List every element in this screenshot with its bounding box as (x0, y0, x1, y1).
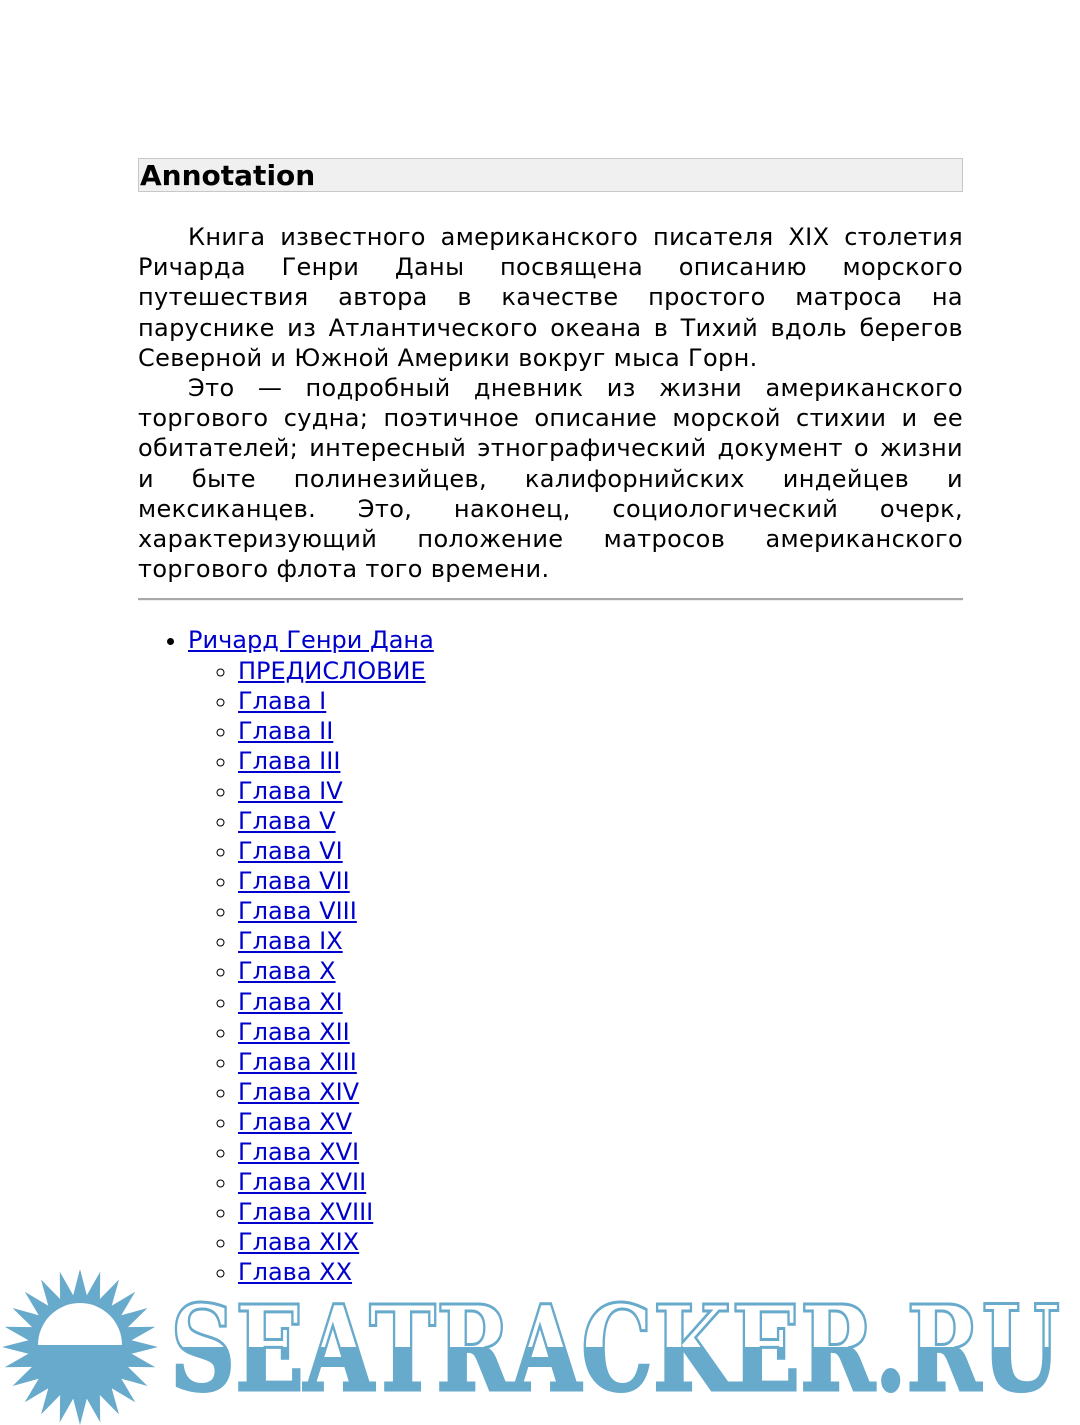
toc-chapter-link[interactable]: Глава XIII (238, 1048, 357, 1076)
toc-chapter-link[interactable]: Глава IV (238, 777, 343, 805)
toc-link-author[interactable]: Ричард Генри Дана (188, 626, 434, 654)
toc-chapter-link[interactable]: ПРЕДИСЛОВИЕ (238, 657, 426, 685)
toc-chapter-item: Глава V (238, 806, 963, 836)
toc-chapter-item: Глава XIII (238, 1047, 963, 1077)
toc-chapter-item: Глава VI (238, 836, 963, 866)
toc-chapter-item: Глава XVI (238, 1137, 963, 1167)
toc-chapter-link[interactable]: Глава IX (238, 927, 343, 955)
sun-icon (2, 1269, 158, 1425)
toc-chapter-link[interactable]: Глава V (238, 807, 336, 835)
divider (138, 598, 963, 601)
toc-chapter-item: Глава VII (238, 866, 963, 896)
annotation-paragraph: Книга известного американского писателя … (138, 222, 963, 373)
toc-chapter-link[interactable]: Глава VII (238, 867, 350, 895)
watermark-text: SEATRACKER.RU SEATRACKER.RU (170, 1279, 1060, 1418)
toc-chapter-item: Глава II (238, 716, 963, 746)
toc-chapter-link[interactable]: Глава XV (238, 1108, 352, 1136)
toc-chapter-link[interactable]: Глава III (238, 747, 340, 775)
toc-chapter-link[interactable]: Глава XII (238, 1018, 350, 1046)
toc-chapter-link[interactable]: Глава I (238, 687, 326, 715)
toc-chapter-item: Глава XIX (238, 1227, 963, 1257)
toc-chapter-item: Глава XV (238, 1107, 963, 1137)
toc-chapter-link[interactable]: Глава VI (238, 837, 343, 865)
toc-chapter-item: Глава IV (238, 776, 963, 806)
annotation-paragraph: Это — подробный дневник из жизни америка… (138, 373, 963, 584)
toc-chapter-item: Глава XIV (238, 1077, 963, 1107)
toc-chapter-item: Глава VIII (238, 896, 963, 926)
toc-chapter-link[interactable]: Глава VIII (238, 897, 357, 925)
toc-chapter-item: Глава IX (238, 926, 963, 956)
toc-chapter-link[interactable]: Глава XVI (238, 1138, 359, 1166)
annotation-body: Книга известного американского писателя … (138, 222, 963, 584)
toc-chapter-item: Глава I (238, 686, 963, 716)
toc-chapter-item: Глава XVIII (238, 1197, 963, 1227)
toc-chapter-item: ПРЕДИСЛОВИЕ (238, 656, 963, 686)
toc-chapter-item: Глава XII (238, 1017, 963, 1047)
document-content: Annotation Книга известного американског… (138, 158, 963, 1288)
toc-root-item: Ричард Генри Дана ПРЕДИСЛОВИЕГлава IГлав… (188, 625, 963, 1287)
toc-chapter-link[interactable]: Глава X (238, 957, 336, 985)
toc-chapter-link[interactable]: Глава XI (238, 988, 343, 1016)
toc-chapter-link[interactable]: Глава XVII (238, 1168, 366, 1196)
toc-chapter-item: Глава XVII (238, 1167, 963, 1197)
toc-chapter-item: Глава X (238, 956, 963, 986)
toc-chapter-link[interactable]: Глава II (238, 717, 333, 745)
table-of-contents: Ричард Генри Дана ПРЕДИСЛОВИЕГлава IГлав… (138, 625, 963, 1287)
seatracker-watermark: SEATRACKER.RU SEATRACKER.RU (0, 1262, 1080, 1425)
toc-chapter-list: ПРЕДИСЛОВИЕГлава IГлава IIГлава IIIГлава… (188, 656, 963, 1288)
toc-chapter-link[interactable]: Глава XIX (238, 1228, 359, 1256)
toc-chapter-link[interactable]: Глава XVIII (238, 1198, 373, 1226)
annotation-title: Annotation (138, 158, 963, 192)
toc-chapter-item: Глава III (238, 746, 963, 776)
toc-chapter-link[interactable]: Глава XIV (238, 1078, 359, 1106)
toc-chapter-item: Глава XI (238, 987, 963, 1017)
